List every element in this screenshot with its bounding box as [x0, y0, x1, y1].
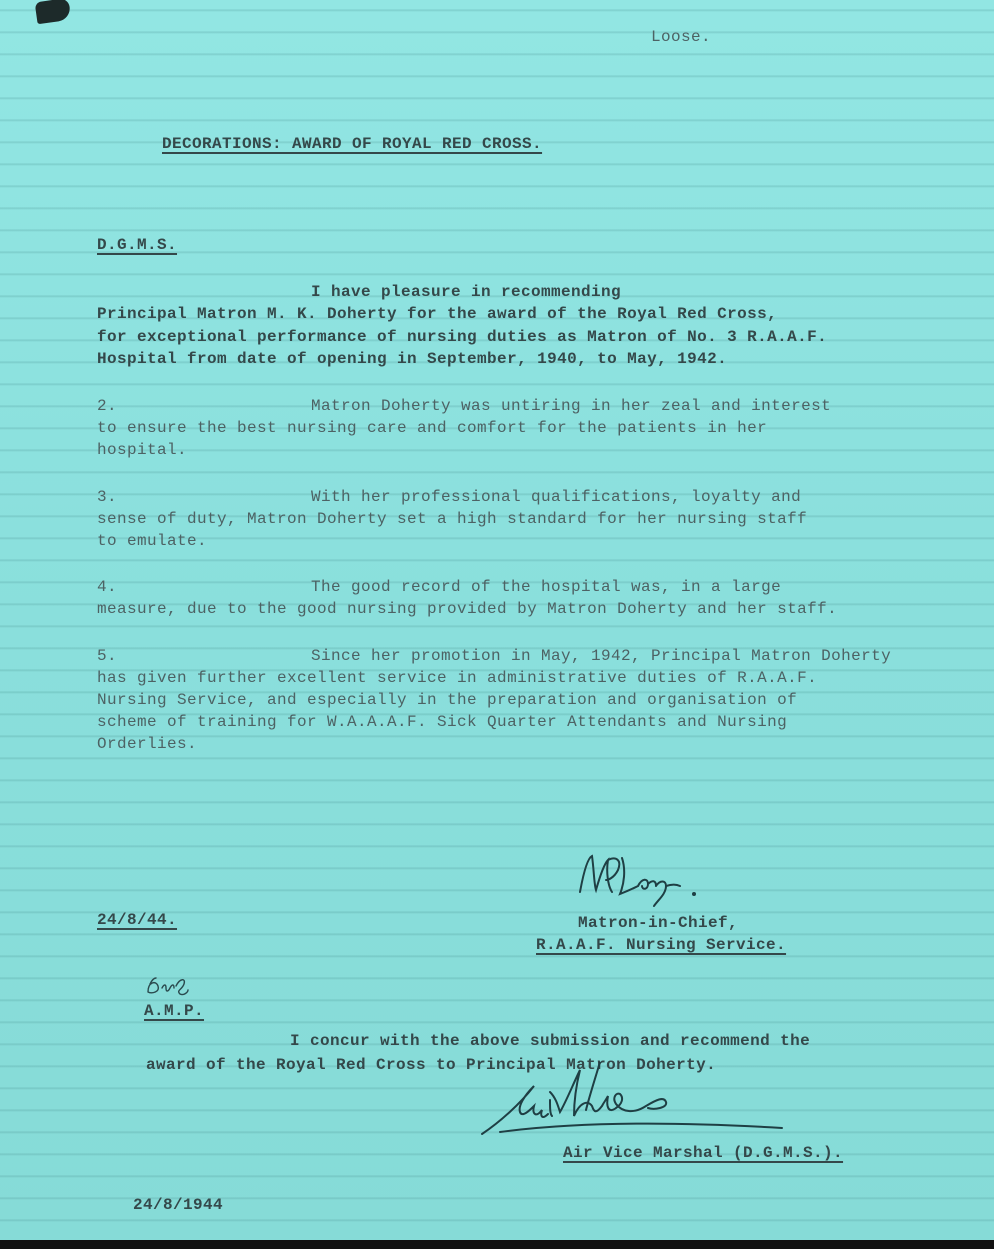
ink-blot-mark — [35, 0, 72, 24]
paragraph-number: 2. — [97, 397, 117, 415]
first-date: 24/8/44. — [97, 911, 177, 929]
addressee: D.G.M.S. — [97, 236, 177, 254]
paragraph-number: 4. — [97, 578, 117, 596]
document-page: Loose. DECORATIONS: AWARD OF ROYAL RED C… — [0, 0, 994, 1240]
file-note: Loose. — [651, 28, 711, 46]
paragraph-line: Nursing Service, and especially in the p… — [97, 691, 797, 709]
paragraph-number: 3. — [97, 488, 117, 506]
paragraph-line: scheme of training for W.A.A.A.F. Sick Q… — [97, 713, 787, 731]
paragraph-line: Principal Matron M. K. Doherty for the a… — [97, 305, 777, 323]
paragraph-line: Hospital from date of opening in Septemb… — [97, 350, 727, 368]
paragraph-line: With her professional qualifications, lo… — [311, 488, 801, 506]
minute-line: I concur with the above submission and r… — [290, 1032, 810, 1050]
minute-date: 24/8/1944 — [133, 1196, 223, 1214]
paragraph-number: 5. — [97, 647, 117, 665]
scan-edge — [0, 1240, 994, 1249]
signatory-organisation: R.A.A.F. Nursing Service. — [536, 936, 786, 954]
signatory-title-avm: Air Vice Marshal (D.G.M.S.). — [563, 1144, 843, 1162]
paragraph-line: hospital. — [97, 441, 187, 459]
paragraph-line: The good record of the hospital was, in … — [311, 578, 781, 596]
signatory-title: Matron-in-Chief, — [578, 914, 738, 932]
minute-addressee: A.M.P. — [144, 1002, 204, 1020]
paragraph-line: Matron Doherty was untiring in her zeal … — [311, 397, 831, 415]
paragraph-line: Since her promotion in May, 1942, Princi… — [311, 647, 891, 665]
paragraph-line: for exceptional performance of nursing d… — [97, 328, 827, 346]
signature-air-vice-marshal — [470, 1062, 790, 1142]
paragraph-line: I have pleasure in recommending — [311, 283, 621, 301]
paragraph-line: measure, due to the good nursing provide… — [97, 600, 837, 618]
paragraph-line: to ensure the best nursing care and comf… — [97, 419, 767, 437]
initials-dms — [144, 974, 194, 1000]
paragraph-line: has given further excellent service in a… — [97, 669, 817, 687]
paragraph-line: sense of duty, Matron Doherty set a high… — [97, 510, 807, 528]
subject-heading: DECORATIONS: AWARD OF ROYAL RED CROSS. — [162, 135, 542, 153]
signature-matron-in-chief — [572, 850, 722, 910]
paragraph-line: Orderlies. — [97, 735, 197, 753]
paragraph-line: to emulate. — [97, 532, 207, 550]
